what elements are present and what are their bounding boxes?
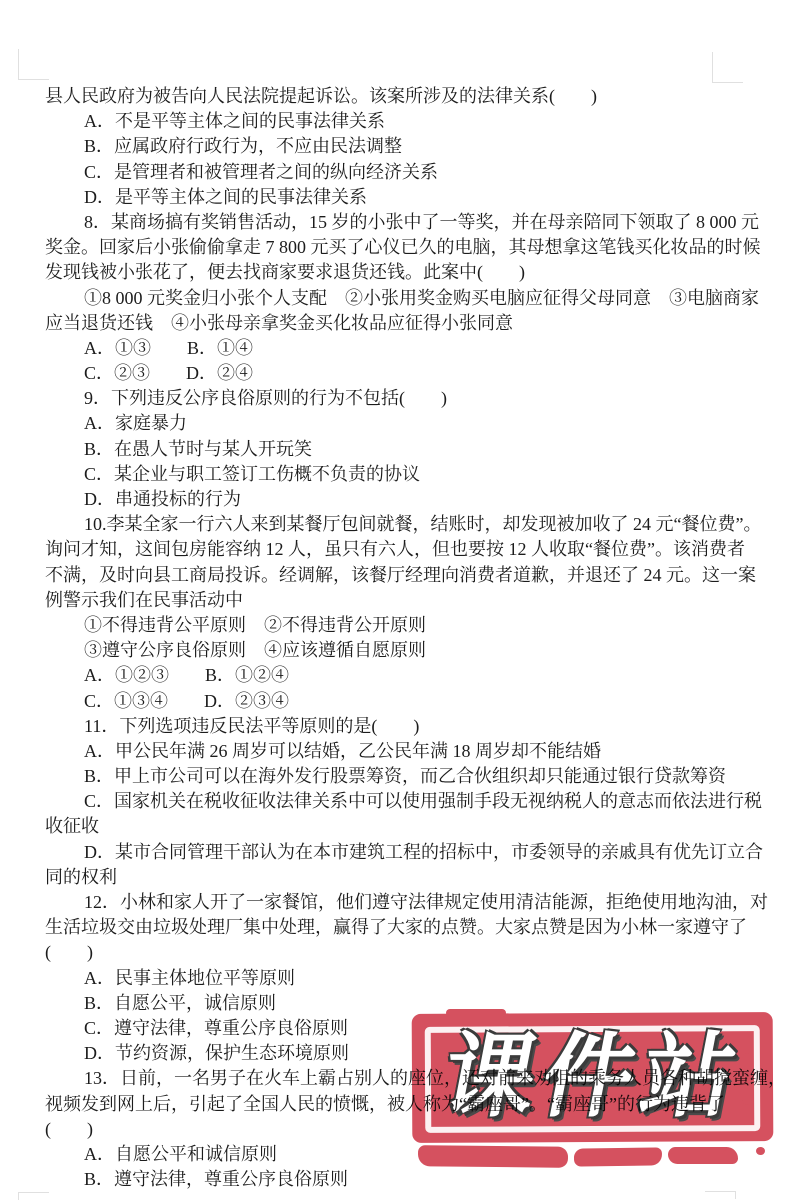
text-line: ③遵守公序良俗原则 ④应该遵循自愿原则 bbox=[45, 638, 759, 663]
stamp-distress-dot bbox=[756, 1147, 765, 1155]
text-line: 8．某商场搞有奖销售活动，15 岁的小张中了一等奖，并在母亲陪同下领取了 8 0… bbox=[45, 210, 759, 235]
text-line: ①8 000 元奖金归小张个人支配 ②小张用奖金购买电脑应征得父母同意 ③电脑商… bbox=[45, 286, 759, 311]
text-line: 同的权利 bbox=[45, 865, 759, 890]
stamp-distress-strip bbox=[418, 1145, 568, 1168]
text-line: C．某企业与职工签订工伤概不负责的协议 bbox=[45, 462, 759, 487]
text-line: A．民事主体地位平等原则 bbox=[45, 966, 759, 991]
text-line: C．是管理者和被管理者之间的纵向经济关系 bbox=[45, 160, 759, 185]
text-line: 收征收 bbox=[45, 814, 759, 839]
crop-mark-top-left-v bbox=[18, 49, 19, 79]
text-line: A．不是平等主体之间的民事法律关系 bbox=[45, 109, 759, 134]
text-line: 不满，及时向县工商局投诉。经调解，该餐厅经理向消费者道歉，并退还了 24 元。这… bbox=[45, 563, 759, 588]
text-line: A．①②③ B．①②④ bbox=[45, 663, 759, 688]
watermark-stamp: 课件站 bbox=[412, 1013, 773, 1175]
text-line: C．国家机关在税收征收法律关系中可以使用强制手段无视纳税人的意志而依法进行税 bbox=[45, 789, 759, 814]
text-line: ①不得违背公平原则 ②不得违背公开原则 bbox=[45, 613, 759, 638]
scanned-exam-page: { "page": { "background": "#ffffff", "te… bbox=[0, 0, 800, 1200]
text-line: 10.李某全家一行六人来到某餐厅包间就餐，结账时，却发现被加收了 24 元“餐位… bbox=[45, 512, 759, 537]
stamp-label: 课件站 bbox=[402, 1027, 782, 1127]
text-line: C．①③④ D．②③④ bbox=[45, 689, 759, 714]
text-line: 9．下列违反公序良俗原则的行为不包括( ) bbox=[45, 386, 759, 411]
text-line: 生活垃圾交由垃圾处理厂集中处理，赢得了大家的点赞。大家点赞是因为小林一家遵守了 bbox=[45, 915, 759, 940]
crop-mark-top-left-h bbox=[18, 79, 49, 80]
text-line: B．应属政府行政行为，不应由民法调整 bbox=[45, 134, 759, 159]
crop-mark-top-right-h bbox=[712, 82, 743, 83]
text-line: A．甲公民年满 26 周岁可以结婚，乙公民年满 18 周岁却不能结婚 bbox=[45, 739, 759, 764]
text-line: B．甲上市公司可以在海外发行股票筹资，而乙合伙组织却只能通过银行贷款筹资 bbox=[45, 764, 759, 789]
stamp-distress-bump bbox=[446, 1009, 506, 1017]
text-line: A．①③ B．①④ bbox=[45, 336, 759, 361]
text-line: D．是平等主体之间的民事法律关系 bbox=[45, 185, 759, 210]
text-line: 发现钱被小张花了，便去找商家要求退货还钱。此案中( ) bbox=[45, 260, 759, 285]
crop-mark-top-right-v bbox=[712, 52, 713, 82]
text-line: 奖金。回家后小张偷偷拿走 7 800 元买了心仪已久的电脑，其母想拿这笔钱买化妆… bbox=[45, 235, 759, 260]
text-line: 12．小林和家人开了一家餐馆，他们遵守法律规定使用清洁能源，拒绝使用地沟油，对 bbox=[45, 890, 759, 915]
text-line: 应当退货还钱 ④小张母亲拿奖金买化妆品应征得小张同意 bbox=[45, 311, 759, 336]
text-line: 询问才知，这间包房能容纳 12 人，虽只有六人，但也要按 12 人收取“餐位费”… bbox=[45, 537, 759, 562]
text-line: B．在愚人节时与某人开玩笑 bbox=[45, 437, 759, 462]
text-line: 县人民政府为被告向人民法院提起诉讼。该案所涉及的法律关系( ) bbox=[45, 84, 759, 109]
text-line: ( ) bbox=[45, 940, 759, 965]
text-line: D．串通投标的行为 bbox=[45, 487, 759, 512]
text-line: 11．下列选项违反民法平等原则的是( ) bbox=[45, 714, 759, 739]
text-line: A．家庭暴力 bbox=[45, 411, 759, 436]
stamp-distress-strip bbox=[574, 1147, 662, 1166]
text-line: 例警示我们在民事活动中 bbox=[45, 588, 759, 613]
text-line: D．某市合同管理干部认为在本市建筑工程的招标中，市委领导的亲戚具有优先订立合 bbox=[45, 840, 759, 865]
crop-mark-bottom-left-v bbox=[18, 1192, 19, 1200]
text-line: C．②③ D．②④ bbox=[45, 361, 759, 386]
